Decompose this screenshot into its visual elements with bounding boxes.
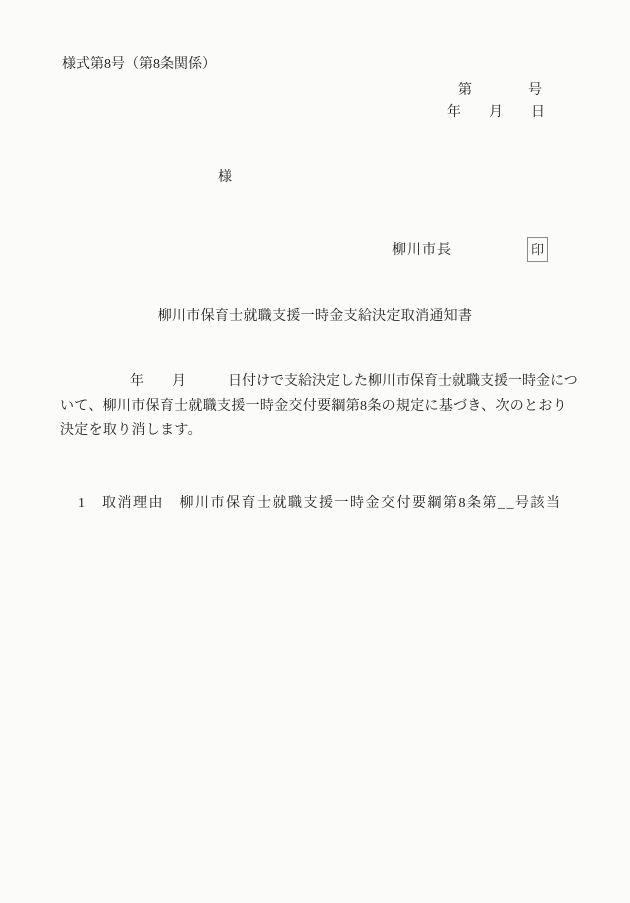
body-paragraph-line-2: いて、柳川市保育士就職支援一時金交付要綱第8条の規定に基づき、次のとおり bbox=[60, 397, 567, 417]
cancellation-reason-line: 1 取消理由 柳川市保育士就職支援一時金交付要綱第8条第__号該当 bbox=[78, 494, 562, 514]
body-paragraph-line-3: 決定を取り消します。 bbox=[60, 421, 202, 441]
document-page: 様式第8号（第8条関係） 第 号 年 月 日 様 柳川市長 印 柳川市保育士就職… bbox=[0, 0, 630, 903]
issue-date-line: 年 月 日 bbox=[447, 103, 545, 123]
document-number-line: 第 号 bbox=[458, 81, 542, 101]
seal-label: 印 bbox=[531, 243, 544, 256]
form-number-label: 様式第8号（第8条関係） bbox=[62, 55, 216, 75]
recipient-honorific: 様 bbox=[218, 168, 232, 188]
document-title: 柳川市保育士就職支援一時金支給決定取消通知書 bbox=[0, 307, 630, 327]
issuer-name: 柳川市長 bbox=[392, 241, 452, 261]
seal-box: 印 bbox=[527, 237, 548, 262]
body-paragraph-line-1: 年 月 日付けで支給決定した柳川市保育士就職支援一時金につ bbox=[60, 372, 578, 392]
